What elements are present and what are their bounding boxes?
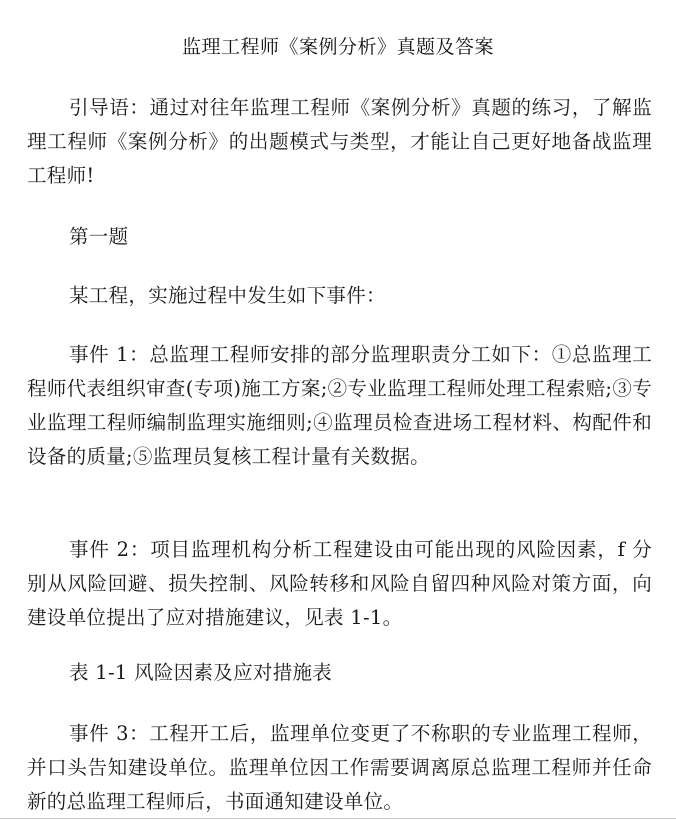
document-page: 监理工程师《案例分析》真题及答案 引导语：通过对往年监理工程师《案例分析》真题的… [0,0,676,821]
event-2-paragraph: 事件 2：项目监理机构分析工程建设由可能出现的风险因素，f 分别从风险回避、损失… [27,533,652,635]
question-heading: 第一题 [27,220,652,254]
intro-paragraph: 引导语：通过对往年监理工程师《案例分析》真题的练习，了解监理工程师《案例分析》的… [27,91,652,193]
document-title: 监理工程师《案例分析》真题及答案 [0,33,676,61]
case-intro-paragraph: 某工程，实施过程中发生如下事件： [27,279,652,313]
table-caption: 表 1-1 风险因素及应对措施表 [27,656,652,690]
event-3-paragraph: 事件 3：工程开工后，监理单位变更了不称职的专业监理工程师，并口头告知建设单位。… [27,717,652,819]
bottom-divider [0,818,676,819]
event-1-paragraph: 事件 1：总监理工程师安排的部分监理职责分工如下：①总监理工程师代表组织审查(专… [27,338,652,474]
